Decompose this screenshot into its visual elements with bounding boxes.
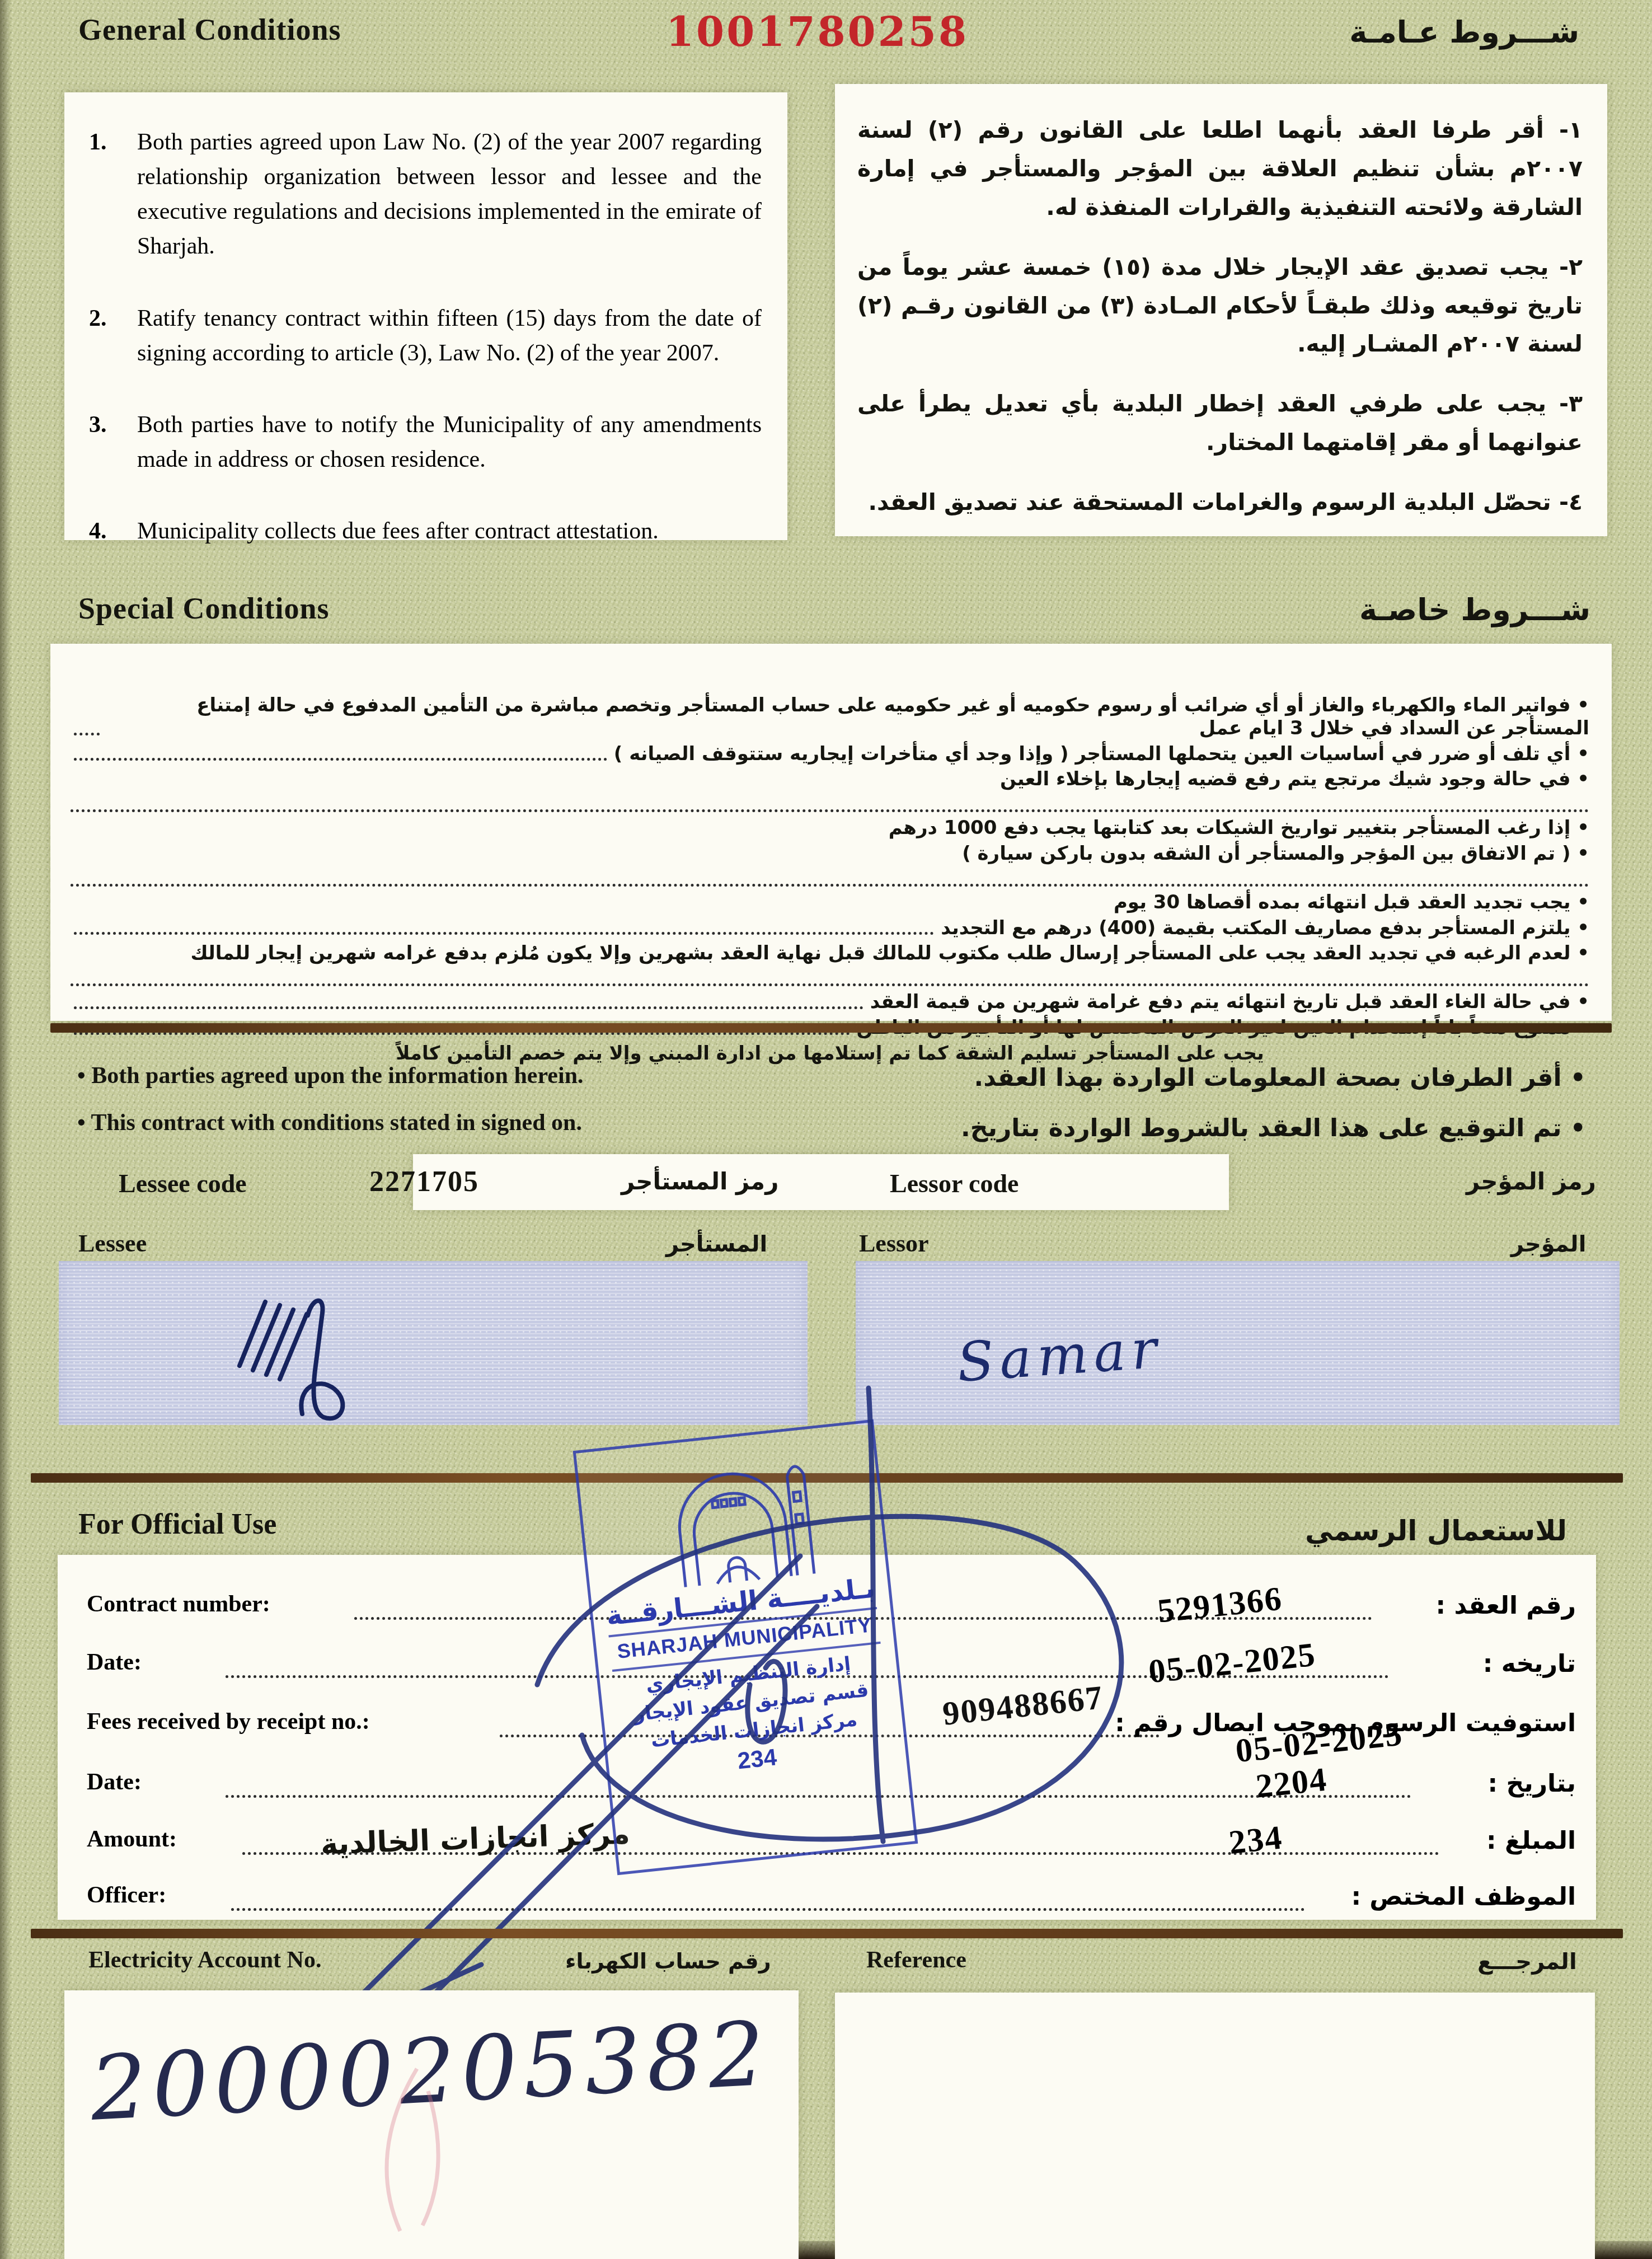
scan-edge-left [0,0,11,2259]
dotted-separator [71,968,1589,986]
lessor-code-label-en: Lessor code [890,1169,1019,1198]
general-condition-en-3: 3. Both parties have to notify the Munic… [89,407,762,477]
reference-box [835,1993,1595,2259]
reference-label-ar: المرجـــع [1477,1949,1577,1975]
lessee-code-label-en: Lessee code [119,1169,247,1198]
special-conditions-box: • فواتير الماء والكهرباء والغاز أو أي ضر… [50,644,1612,1021]
general-condition-en-2: 2. Ratify tenancy contract within fiftee… [89,301,762,371]
officer-pen-signature [56,1371,1287,2099]
special-condition-6: • يجب تجديد العقد قبل انتهائه بمده أقصاه… [71,891,1589,914]
lessee-label-ar: المستأجر [666,1231,767,1257]
special-condition-5: • ( تم الاتفاق بين المؤجر والمستأجر أن ا… [71,842,1589,865]
dotted-separator [71,868,1589,887]
codes-bar [413,1154,1229,1210]
general-conditions-box-ar: ١- أقر طرفا العقد بأنهما اطلعا على القان… [835,84,1607,536]
electricity-account-box: 20000205382 [64,1990,799,2259]
official-use-title-ar: للاستعمال الرسمي [1305,1515,1567,1547]
electricity-account-label-en: Electricity Account No. [88,1947,321,1974]
general-condition-ar-4: ٤- تحصّل البلدية الرسوم والغرامات المستح… [857,483,1583,522]
general-conditions-title-en: General Conditions [78,12,341,47]
agreement-statement-en-2: • This contract with conditions stated i… [77,1109,582,1136]
special-condition-3: • في حالة وجود شيك مرتجع يتم رفع قضيه إي… [71,768,1589,791]
special-condition-8: • لعدم الرغبه في تجديد العقد يجب على الم… [71,942,1589,965]
section-divider [31,1929,1623,1938]
lessor-label-ar: المؤجر [1511,1231,1586,1257]
special-condition-1: • فواتير الماء والكهرباء والغاز أو أي ضر… [71,694,1589,740]
lessee-label-en: Lessee [78,1229,147,1258]
general-condition-en-1: 1. Both parties agreed upon Law No. (2) … [89,125,762,264]
general-condition-en-4: 4. Municipality collects due fees after … [89,514,762,549]
general-conditions-box-en: 1. Both parties agreed upon Law No. (2) … [64,92,787,540]
special-condition-4: • إذا رغب المستأجر بتغيير تواريخ الشيكات… [71,817,1589,840]
general-condition-ar-1: ١- أقر طرفا العقد بأنهما اطلعا على القان… [857,111,1583,227]
general-conditions-title-ar: شـــروط عـامـة [1349,15,1579,50]
lessor-code-label-ar: رمز المؤجر [1466,1168,1596,1195]
special-condition-7: • يلتزم المستأجر بدفع مصاريف المكتب بقيم… [71,917,1589,940]
section-divider [50,1023,1612,1033]
contract-back-page: General Conditions 1001780258 شـــروط عـ… [0,0,1652,2259]
lessee-code-value: 2271705 [369,1165,479,1198]
agreement-statement-en-1: • Both parties agreed upon the informati… [77,1062,584,1089]
faint-ink-marks [299,2058,523,2237]
special-condition-11: يجب على المستأجر تسليم الشقة كما تم إستل… [71,1042,1589,1065]
agreement-statement-ar-2: • تم التوقيع على هذا العقد بالشروط الوار… [961,1114,1586,1142]
electricity-account-label-ar: رقم حساب الكهرباء [565,1949,771,1974]
general-condition-ar-2: ٢- يجب تصديق عقد الإيجار خلال مدة (١٥) خ… [857,248,1583,364]
lessee-code-label-ar: رمز المستأجر [621,1168,778,1195]
document-number: 1001780258 [666,8,969,55]
special-condition-9: • في حالة الغاء العقد قبل تاريخ انتهائه … [71,991,1589,1014]
special-condition-2: • أي تلف أو ضرر في أساسيات العين يتحملها… [71,743,1589,766]
special-conditions-title-ar: شـــروط خاصـة [1359,592,1590,627]
special-conditions-title-en: Special Conditions [78,591,330,626]
dotted-separator [71,794,1589,812]
lessor-label-en: Lessor [859,1229,929,1258]
reference-label-en: Reference [866,1947,966,1974]
agreement-statement-ar-1: • أقر الطرفان بصحة المعلومات الواردة بهذ… [974,1063,1586,1092]
general-condition-ar-3: ٣- يجب على طرفي العقد إخطار البلدية بأي … [857,385,1583,462]
